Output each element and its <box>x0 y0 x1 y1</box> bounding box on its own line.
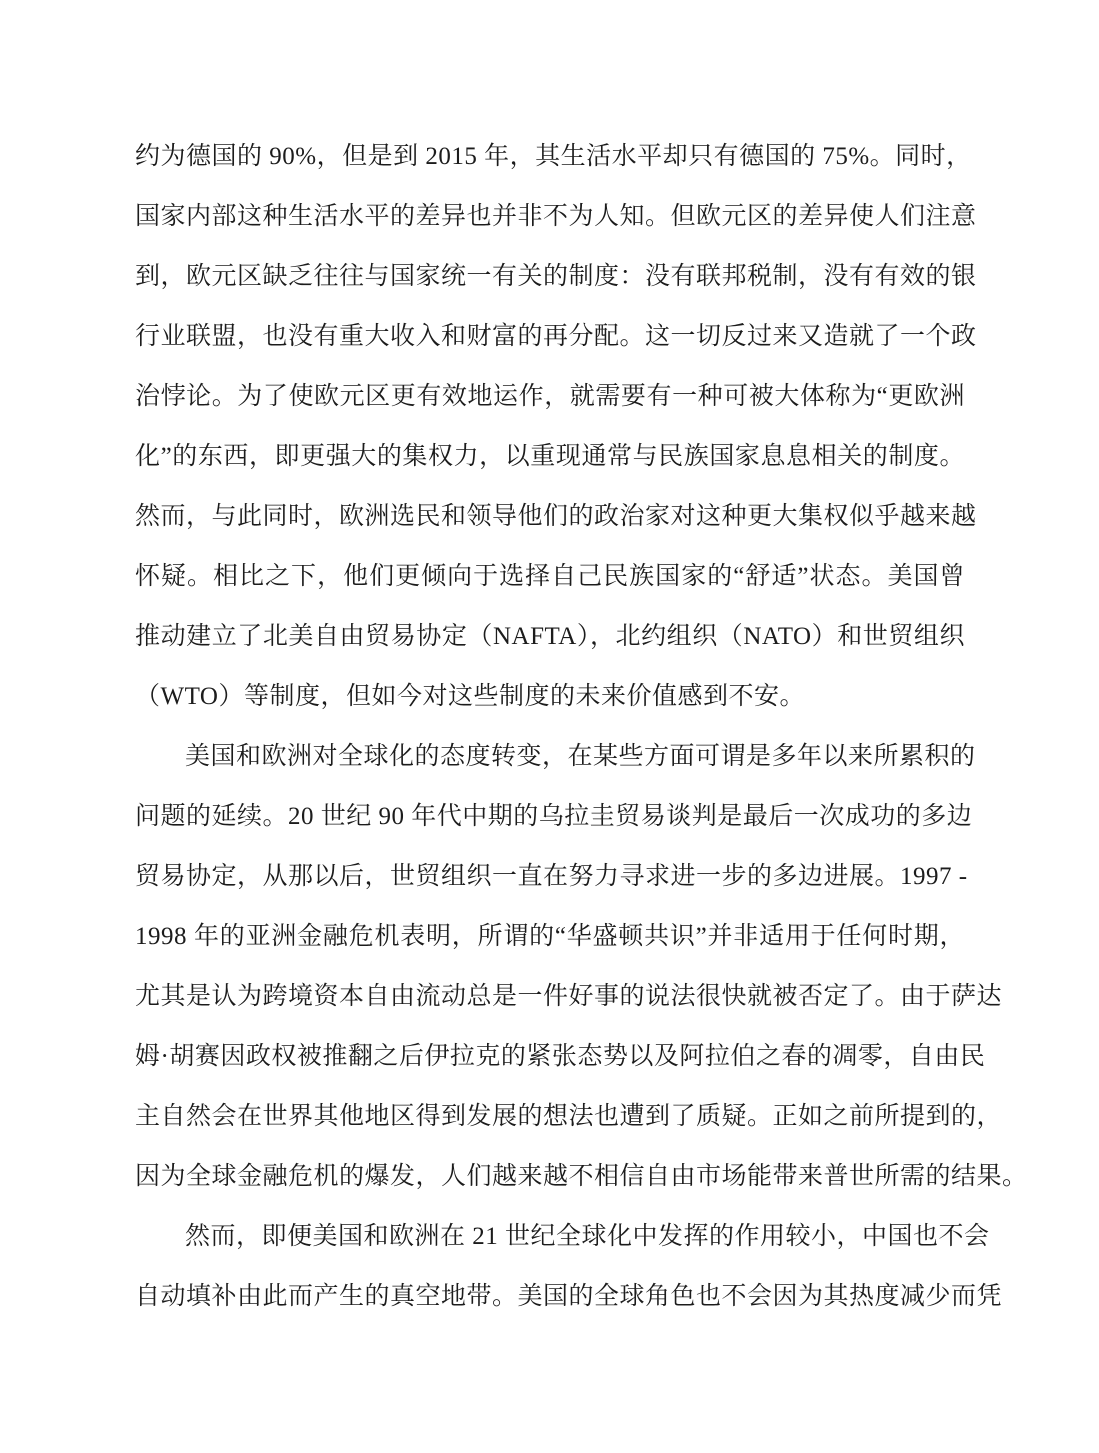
text-line: 主自然会在世界其他地区得到发展的想法也遭到了质疑。正如之前所提到的， <box>135 1087 965 1147</box>
text-line: 贸易协定，从那以后，世贸组织一直在努力寻求进一步的多边进展。1997 - <box>135 847 965 907</box>
text-line: 化”的东西，即更强大的集权力，以重现通常与民族国家息息相关的制度。 <box>135 427 965 487</box>
document-page: 约为德国的 90%，但是到 2015 年，其生活水平却只有德国的 75%。同时，… <box>0 0 1099 1453</box>
text-line: 推动建立了北美自由贸易协定（NAFTA），北约组织（NATO）和世贸组织 <box>135 607 965 667</box>
text-line: 到，欧元区缺乏往往与国家统一有关的制度：没有联邦税制，没有有效的银 <box>135 247 965 307</box>
text-line: 然而，与此同时，欧洲选民和领导他们的政治家对这种更大集权似乎越来越 <box>135 487 965 547</box>
text-line: 治悖论。为了使欧元区更有效地运作，就需要有一种可被大体称为“更欧洲 <box>135 367 965 427</box>
text-line: 尤其是认为跨境资本自由流动总是一件好事的说法很快就被否定了。由于萨达 <box>135 967 965 1027</box>
text-line: 1998 年的亚洲金融危机表明，所谓的“华盛顿共识”并非适用于任何时期， <box>135 907 965 967</box>
text-line: 美国和欧洲对全球化的态度转变，在某些方面可谓是多年以来所累积的 <box>135 727 965 787</box>
paragraph-3: 然而，即便美国和欧洲在 21 世纪全球化中发挥的作用较小，中国也不会 自动填补由… <box>135 1207 965 1327</box>
text-line: 因为全球金融危机的爆发，人们越来越不相信自由市场能带来普世所需的结果。 <box>135 1147 965 1207</box>
text-line: 自动填补由此而产生的真空地带。美国的全球角色也不会因为其热度减少而凭 <box>135 1267 965 1327</box>
text-line: 怀疑。相比之下，他们更倾向于选择自己民族国家的“舒适”状态。美国曾 <box>135 547 965 607</box>
paragraph-2: 美国和欧洲对全球化的态度转变，在某些方面可谓是多年以来所累积的 问题的延续。20… <box>135 727 965 1207</box>
text-line: 国家内部这种生活水平的差异也并非不为人知。但欧元区的差异使人们注意 <box>135 187 965 247</box>
text-line: 然而，即便美国和欧洲在 21 世纪全球化中发挥的作用较小，中国也不会 <box>135 1207 965 1267</box>
text-line: （WTO）等制度，但如今对这些制度的未来价值感到不安。 <box>135 667 965 727</box>
text-line: 约为德国的 90%，但是到 2015 年，其生活水平却只有德国的 75%。同时， <box>135 127 965 187</box>
text-line: 问题的延续。20 世纪 90 年代中期的乌拉圭贸易谈判是最后一次成功的多边 <box>135 787 965 847</box>
text-line: 行业联盟，也没有重大收入和财富的再分配。这一切反过来又造就了一个政 <box>135 307 965 367</box>
paragraph-1: 约为德国的 90%，但是到 2015 年，其生活水平却只有德国的 75%。同时，… <box>135 127 965 727</box>
text-line: 姆·胡赛因政权被推翻之后伊拉克的紧张态势以及阿拉伯之春的凋零，自由民 <box>135 1027 965 1087</box>
